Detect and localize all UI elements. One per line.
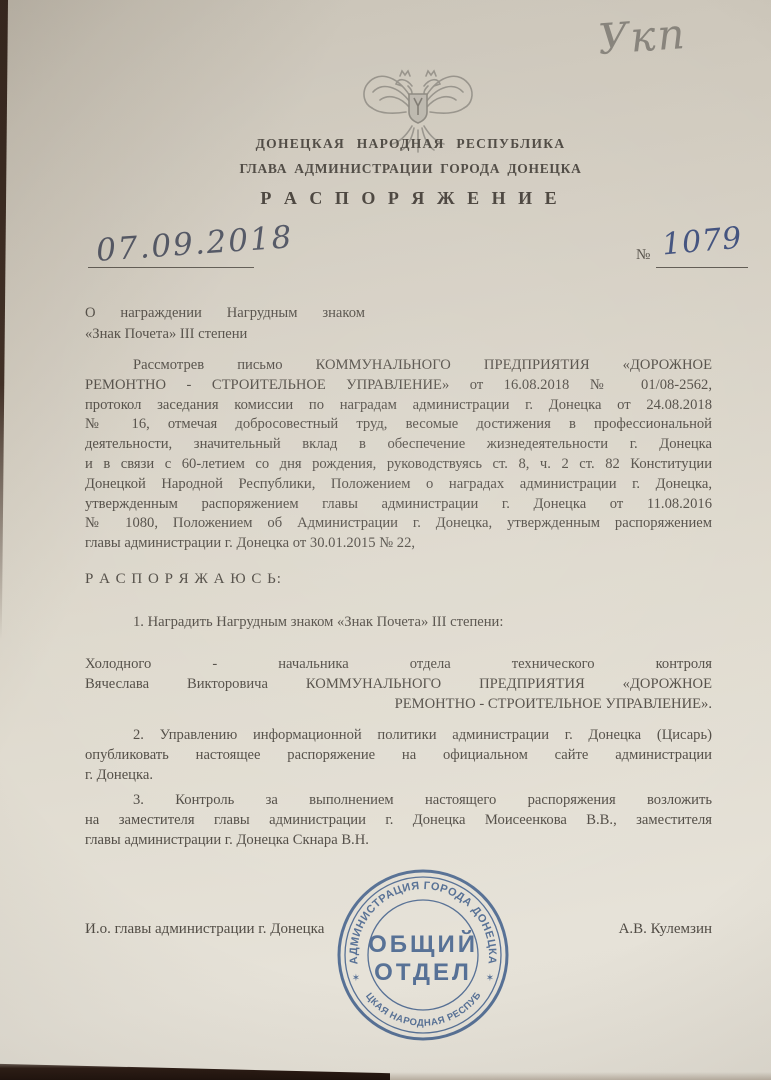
resolve-heading: Р А С П О Р Я Ж А Ю С Ь: <box>85 571 282 588</box>
text-line: Вячеслава Викторовича КОММУНАЛЬНОГО ПРЕД… <box>85 675 712 695</box>
text-line: О награждении Нагрудным знаком <box>85 303 365 324</box>
text-line: протокол заседания комиссии по наградам … <box>85 396 712 416</box>
handwritten-date: 07.09.2018 <box>95 219 295 269</box>
awardee-block: Холодного - начальника отдела техническо… <box>85 655 712 714</box>
text-line: Рассмотрев письмо КОММУНАЛЬНОГО ПРЕДПРИЯ… <box>85 356 712 376</box>
paper-edge-shadow <box>370 1072 771 1080</box>
stamp-center-line1: ОБЩИЙ <box>368 930 478 958</box>
text-line: 1. Наградить Нагрудным знаком «Знак Поче… <box>85 613 712 633</box>
text-line: и в связи с 60-летием со дня рождения, р… <box>85 455 712 475</box>
signer-name: А.В. Кулемзин <box>619 921 712 938</box>
stamp-star-right: ✶ <box>486 973 494 984</box>
order-item-2: 2. Управлению информационной политики ад… <box>85 726 712 785</box>
text-line: РЕМОНТНО - СТРОИТЕЛЬНОЕ УПРАВЛЕНИЕ» от 1… <box>85 376 712 396</box>
text-line: «Знак Почета» III степени <box>85 324 365 345</box>
text-line: утвержденным распоряжением главы админис… <box>85 495 712 515</box>
text-line: на заместителя главы администрации г. До… <box>85 811 712 831</box>
text-line: № 16, отмечая добросовестный труд, весом… <box>85 415 712 435</box>
text-line: Холодного - начальника отдела техническо… <box>85 655 712 675</box>
round-stamp: АДМИНИСТРАЦИЯ ГОРОДА ДОНЕЦКА ДОНЕЦКАЯ НА… <box>334 866 512 1044</box>
text-line: опубликовать настоящее распоряжение на о… <box>85 746 712 766</box>
handwritten-number: 1079 <box>661 221 744 263</box>
text-line: г. Донецка. <box>85 766 712 786</box>
preamble-paragraph: Рассмотрев письмо КОММУНАЛЬНОГО ПРЕДПРИЯ… <box>85 356 712 554</box>
letterhead: ДОНЕЦКАЯ НАРОДНАЯ РЕСПУБЛИКА ГЛАВА АДМИН… <box>120 136 701 209</box>
stamp-center-line2: ОТДЕЛ <box>374 959 472 986</box>
number-sign: № <box>636 247 650 264</box>
scanned-document-photo: Укп ДОН <box>0 0 771 1080</box>
text-line: 3. Контроль за выполнением настоящего ра… <box>85 791 712 811</box>
stamp-star-left: ✶ <box>352 973 360 984</box>
text-line: главы администрации г. Донецка от 30.01.… <box>85 534 712 554</box>
document-type-title: Р А С П О Р Я Ж Е Н И Е <box>120 188 701 209</box>
handwritten-note: Укп <box>596 9 688 64</box>
text-line: РЕМОНТНО - СТРОИТЕЛЬНОЕ УПРАВЛЕНИЕ». <box>85 695 712 715</box>
text-line: деятельности, значительный вклад в обесп… <box>85 435 712 455</box>
table-edge-bottom <box>0 1054 390 1080</box>
table-edge-left <box>0 0 8 640</box>
number-underline <box>656 267 748 268</box>
order-item-3: 3. Контроль за выполнением настоящего ра… <box>85 791 712 850</box>
text-line: 2. Управлению информационной политики ад… <box>85 726 712 746</box>
subject-block: О награждении Нагрудным знаком«Знак Поче… <box>85 303 365 345</box>
text-line: № 1080, Положением об Администрации г. Д… <box>85 514 712 534</box>
text-line: Донецкой Народной Республики, Положением… <box>85 475 712 495</box>
republic-name: ДОНЕЦКАЯ НАРОДНАЯ РЕСПУБЛИКА <box>120 136 701 152</box>
order-item-1: 1. Наградить Нагрудным знаком «Знак Поче… <box>85 613 712 633</box>
signer-position: И.о. главы администрации г. Донецка <box>85 921 324 938</box>
text-line: главы администрации г. Донецка Скнара В.… <box>85 831 712 851</box>
authority-name: ГЛАВА АДМИНИСТРАЦИИ ГОРОДА ДОНЕЦКА <box>120 161 701 177</box>
